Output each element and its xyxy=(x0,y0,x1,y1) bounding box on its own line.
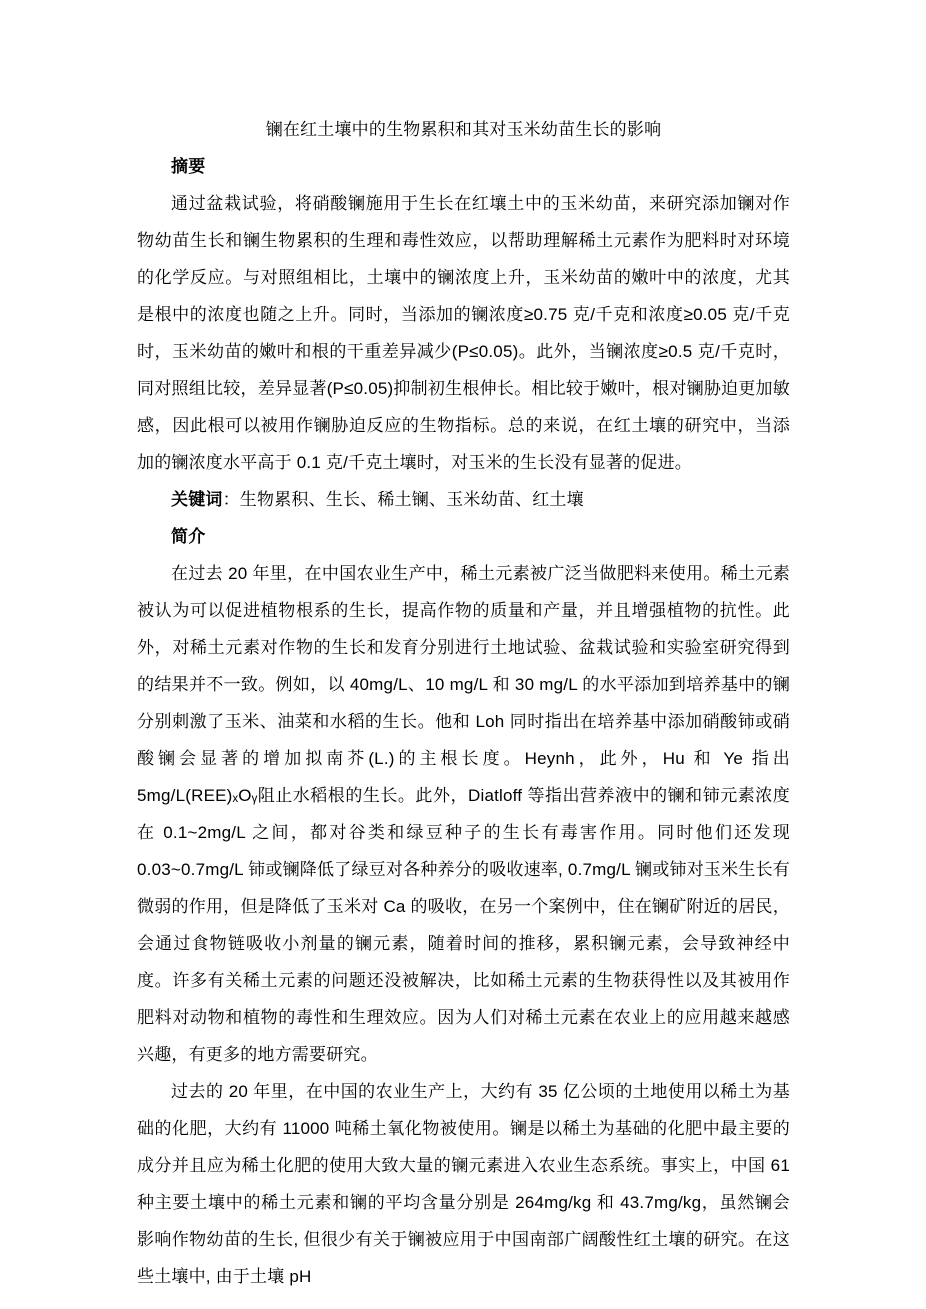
document-title: 镧在红土壤中的生物累积和其对玉米幼苗生长的影响 xyxy=(137,111,790,148)
keywords-line: 关键词：生物累积、生长、稀土镧、玉米幼苗、红土壤 xyxy=(137,481,790,518)
keywords-text: ：生物累积、生长、稀土镧、玉米幼苗、红土壤 xyxy=(223,490,584,509)
document-content: 镧在红土壤中的生物累积和其对玉米幼苗生长的影响 摘要 通过盆栽试验，将硝酸镧施用… xyxy=(137,111,790,1295)
abstract-heading: 摘要 xyxy=(137,148,790,185)
abstract-paragraph: 通过盆栽试验，将硝酸镧施用于生长在红壤土中的玉米幼苗，来研究添加镧对作物幼苗生长… xyxy=(137,185,790,481)
keywords-label: 关键词 xyxy=(171,490,223,509)
introduction-paragraph-2: 过去的 20 年里，在中国的农业生产上，大约有 35 亿公顷的土地使用以稀土为基… xyxy=(137,1073,790,1295)
introduction-paragraph-1: 在过去 20 年里，在中国农业生产中，稀土元素被广泛当做肥料来使用。稀土元素被认… xyxy=(137,555,790,1073)
document-page-body: { "page": { "background_color": "#ffffff… xyxy=(0,0,926,1309)
document-page: 镧在红土壤中的生物累积和其对玉米幼苗生长的影响 摘要 通过盆栽试验，将硝酸镧施用… xyxy=(0,0,926,1309)
introduction-heading: 简介 xyxy=(137,518,790,555)
